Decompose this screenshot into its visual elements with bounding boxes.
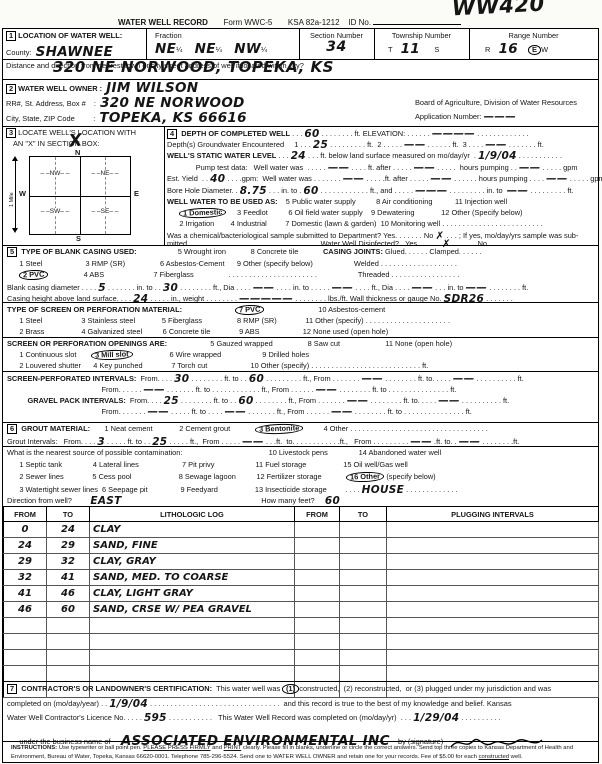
printed-text: 1 Steel 3 Stainless steel 5 Fiberglass 8…	[7, 316, 450, 325]
printed-text: (specify below)	[384, 472, 435, 481]
fraction-label: Fraction	[155, 31, 182, 41]
lith-log: SAND, CRSE W/ PEA GRAVEL	[90, 602, 295, 618]
printed-text: Depth(s) Groundwater Encountered 1 . . .	[167, 140, 313, 149]
form-body: 1 LOCATION OF WATER WELL: County: SHAWNE…	[2, 28, 599, 763]
groundwater-encountered-line: Depth(s) Groundwater Encountered 1 . . .…	[167, 139, 544, 150]
printed-text: clearly. Please fill in blanks, underlin…	[241, 745, 573, 751]
printed-text: WATER WELL RECORD	[118, 18, 208, 27]
printed-text: 5 Wrought iron 8 Concrete tile	[137, 247, 323, 256]
printed-text: Form WWC-5 KSA 82a-1212 ID No.	[208, 18, 373, 27]
printed-text: Application Number:	[415, 112, 484, 121]
direction-from-well-line: Direction from well? EAST How many feet?…	[7, 495, 340, 506]
lith-from	[4, 650, 47, 666]
printed-text: 3 Bentonite	[255, 423, 304, 434]
printed-text: 2 Sewer lines 5 Cess pool 8 Sewage lagoo…	[7, 472, 346, 481]
contamination-row-2: 2 Sewer lines 5 Cess pool 8 Sewage lagoo…	[7, 472, 436, 482]
lith-from: 29	[4, 554, 47, 570]
printed-text: . . . . ft. after . . . . .	[349, 163, 413, 172]
handwritten-entry: TOPEKA, KS 66616	[99, 110, 246, 126]
lith-log: SAND, FINE	[90, 538, 295, 554]
lith-row-empty	[4, 618, 599, 634]
printed-text: Blank casing diameter . . . .	[7, 283, 98, 292]
plug-to	[340, 554, 387, 570]
printed-text: CASING JOINTS:	[323, 247, 383, 256]
plug-from	[295, 554, 340, 570]
col-lithologic-log: LITHOLOGIC LOG	[90, 507, 295, 522]
printed-text: What is the nearest source of possible c…	[7, 448, 441, 457]
printed-text: GROUT MATERIAL:	[17, 424, 90, 433]
printed-text: 2 Brass 4 Galvanized steel 6 Concrete ti…	[7, 327, 388, 336]
handwritten-entry: ———	[415, 185, 447, 197]
divider	[3, 79, 598, 80]
divider	[3, 371, 598, 372]
printed-text: TYPE OF SCREEN OR PERFORATION MATERIAL:	[7, 305, 182, 314]
divider	[3, 126, 598, 127]
printed-text: . . . . . . . . . . . . .	[475, 129, 528, 138]
printed-text: SCREEN-PERFORATED INTERVALS:	[7, 374, 136, 383]
lithologic-log-table: FROM TO LITHOLOGIC LOG FROM TO PLUGGING …	[3, 506, 599, 698]
static-water-level-line: WELL'S STATIC WATER LEVEL . . . 24 . . .…	[167, 150, 562, 161]
lith-to	[47, 666, 90, 682]
water-well-owner-field: 2 WATER WELL OWNER : JIM WILSON	[6, 81, 198, 95]
gravel-pack-intervals-line-2: From. . . . . . . —— . . . . . ft. to . …	[7, 406, 472, 417]
printed-text: . . . . . . . . ft. to . . . . . . . . .…	[353, 407, 472, 416]
lith-to: 60	[47, 602, 90, 618]
owner-address-field: RR#, St. Address, Box # : 320 NE NORWOOD	[6, 96, 245, 110]
plug-from	[295, 538, 340, 554]
printed-text: Est. Yield . .	[167, 174, 210, 183]
handwritten-entry: 320 NE NORWOOD	[100, 95, 245, 111]
lith-log	[90, 634, 295, 650]
plug-interval	[387, 522, 599, 538]
handwritten-entry: 8.75	[240, 185, 267, 197]
printed-text: PLEASE PRESS FIRMLY	[143, 745, 210, 751]
fraction-value: NE¼ NE¼ NW¼	[155, 42, 267, 56]
printed-text: . . . . . . . . ft. to. . . . .	[383, 374, 453, 383]
printed-text: and	[211, 745, 224, 751]
lith-from	[4, 666, 47, 682]
lith-log: CLAY, GRAY	[90, 554, 295, 570]
handwritten-entry: ——	[343, 173, 365, 185]
printed-text: . . . . . . . . ft., Dia . . . .	[178, 283, 253, 292]
printed-text: ¼	[261, 45, 267, 54]
grout-material-line: 6 GROUT MATERIAL: 1 Neat cement 2 Cement…	[7, 424, 488, 434]
col-to-1: TO	[47, 507, 90, 522]
printed-text: From. . . .	[126, 396, 164, 405]
printed-text: . . . . . . . . . ft., From . . . . . . …	[264, 374, 361, 383]
handwritten-entry: 1/9/04	[478, 150, 517, 162]
printed-text: 1 Domestic	[179, 207, 227, 218]
plug-from	[295, 634, 340, 650]
plug-interval	[387, 554, 599, 570]
printed-text: CONTRACTOR'S OR LANDOWNER'S CERTIFICATIO…	[17, 684, 212, 693]
handwritten-entry: —————	[239, 293, 293, 305]
printed-text: WELL'S STATIC WATER LEVEL	[167, 151, 276, 160]
plug-interval	[387, 634, 599, 650]
plug-interval	[387, 602, 599, 618]
printed-text: . . . in. to .	[267, 186, 304, 195]
plug-to	[340, 618, 387, 634]
printed-text: . . . . . . . . . . . . ft., and . . . .…	[319, 186, 416, 195]
handwritten-entry: 11	[401, 41, 420, 57]
printed-text: . . . . . . . .ft.	[480, 437, 519, 446]
printed-text: 3	[6, 128, 16, 138]
divider	[3, 337, 598, 338]
contamination-row-1: 1 Septic tank 4 Lateral lines 7 Pit priv…	[7, 460, 408, 470]
pump-test-data-line: Pump test data: Well water was . . . . .…	[167, 162, 578, 173]
lith-from: 32	[4, 570, 47, 586]
contamination-row-3: 3 Watertight sewer lines 6 Seepage pit 9…	[7, 484, 458, 495]
divider	[3, 741, 598, 742]
use-options-row-2: 2 Irrigation 4 Industrial 7 Domestic (la…	[167, 219, 543, 229]
plug-interval	[387, 666, 599, 682]
lith-to	[47, 634, 90, 650]
contamination-source-line: What is the nearest source of possible c…	[7, 448, 441, 458]
lith-from: 46	[4, 602, 47, 618]
arrow-down-head	[12, 228, 18, 233]
printed-text: .ft. to. .	[432, 437, 459, 446]
certification-line-3: Water Well Contractor's Licence No. . . …	[7, 712, 500, 723]
lith-header-row: FROM TO LITHOLOGIC LOG FROM TO PLUGGING …	[4, 507, 599, 522]
printed-text: . . . in. to	[433, 283, 465, 292]
divider	[146, 29, 147, 59]
printed-text: 1 Neat cement 2 Cement grout	[90, 424, 255, 433]
printed-text: . . . . . . . . ft., From . . . . . . .	[254, 396, 347, 405]
printed-text: County:	[6, 48, 36, 57]
instructions-line-1: INSTRUCTIONS: Use typewriter or ball poi…	[11, 744, 573, 752]
quadrant-nw: – –NW– –	[30, 170, 80, 177]
printed-text: . . . . . . . . ft. to. . . . .	[368, 396, 438, 405]
printed-text: 2 Irrigation 4 Industrial 7 Domestic (la…	[167, 219, 543, 228]
printed-text: . . . . . gpm	[541, 163, 578, 172]
printed-text: . . . . . gpm	[568, 174, 602, 183]
printed-text: . . . . . ft. to . . . .	[169, 407, 224, 416]
printed-text: 2	[6, 84, 16, 94]
lith-log: CLAY	[90, 522, 295, 538]
printed-text: 3 Mill slot	[91, 349, 133, 360]
lith-log: SAND, MED. TO COARSE	[90, 570, 295, 586]
instructions-line-2: Environment, Bureau of Water, Topeka, Ka…	[11, 753, 522, 761]
col-plugging-intervals: PLUGGING INTERVALS	[387, 507, 599, 522]
handwritten-entry: SDR26	[444, 293, 484, 305]
printed-text: Grout Intervals: From. . . .	[7, 437, 97, 446]
printed-text: GRAVEL PACK INTERVALS:	[7, 396, 126, 405]
printed-text: WATER WELL OWNER :	[16, 84, 106, 93]
printed-text: ¼	[176, 45, 194, 54]
handwritten-entry: 595	[144, 712, 167, 724]
printed-text: Water Well Contractor's Licence No. . . …	[7, 713, 144, 722]
printed-text: . . . . . . . . ft. to . . . . . . . . .…	[337, 385, 456, 394]
printed-text: . . . . . . . . . in. to	[448, 186, 507, 195]
use-options-row-1: 1 Domestic 3 Feedlot 6 Oil field water s…	[167, 208, 523, 218]
lith-from	[4, 618, 47, 634]
printed-text: W	[541, 45, 548, 54]
quadrant-se: – –SE– –	[80, 208, 130, 215]
lith-to	[47, 650, 90, 666]
screen-perforated-intervals-line-2: From. . . . . . —— . . . . . . . ft. to …	[7, 384, 456, 395]
printed-text: . . . . . . . ft. to . . . . . . . . . .…	[165, 385, 316, 394]
printed-text: E	[528, 45, 541, 55]
printed-text	[167, 208, 179, 217]
printed-text: SCREEN OR PERFORATION OPENINGS ARE:	[7, 339, 167, 348]
lith-row: 4660SAND, CRSE W/ PEA GRAVEL	[4, 602, 599, 618]
printed-text: T	[388, 45, 401, 54]
printed-text: 1	[6, 31, 16, 41]
distance-address-value: 320 NE NORWOOD, TOPEKA, KS	[53, 63, 334, 73]
plug-from	[295, 666, 340, 682]
printed-text: INSTRUCTIONS:	[11, 745, 57, 751]
blank-casing-used-line: 5 TYPE OF BLANK CASING USED: 5 Wrought i…	[7, 247, 482, 257]
lith-to: 29	[47, 538, 90, 554]
lith-row: 3241SAND, MED. TO COARSE	[4, 570, 599, 586]
printed-text: completed on (mo/day/year) . .	[7, 699, 109, 708]
printed-text: 7 PVC	[235, 304, 265, 315]
handwritten-entry: 24	[291, 150, 306, 162]
gravel-pack-intervals-line-1: GRAVEL PACK INTERVALS: From. . . . 25 . …	[7, 395, 509, 406]
printed-text: constructed, (2) reconstructed, or (3) p…	[299, 684, 551, 693]
printed-text: 3 Watertight sewer lines 6 Seepage pit 9…	[7, 485, 362, 494]
printed-text: PRINT	[224, 745, 242, 751]
lith-row-empty	[4, 666, 599, 682]
lith-to: 41	[47, 570, 90, 586]
divider	[3, 302, 598, 303]
printed-text: 7	[7, 684, 17, 694]
plug-from	[295, 618, 340, 634]
nw-label: – –NW– –	[40, 170, 71, 177]
handwritten-entry: 1/9/04	[109, 698, 148, 710]
printed-text: 1 Septic tank 4 Lateral lines 7 Pit priv…	[7, 460, 408, 469]
compass-east-label: E	[134, 189, 139, 199]
printed-text: . . . . . . . . . . .	[517, 151, 562, 160]
well-location-x-mark: X	[69, 136, 84, 147]
se-label: – –SE– –	[91, 208, 120, 215]
handwritten-entry: ——	[546, 173, 568, 185]
printed-text: . . .	[290, 129, 304, 138]
printed-text: R	[485, 45, 499, 54]
printed-text: 6 Wire wrapped 9 Drilled holes	[133, 350, 310, 359]
plug-to	[340, 602, 387, 618]
handwritten-id-ww420: WW420	[452, 0, 545, 14]
printed-text: 6	[7, 424, 17, 434]
application-number-field: Application Number: ———	[415, 111, 516, 122]
lith-from: 0	[4, 522, 47, 538]
lith-to: 32	[47, 554, 90, 570]
lith-row: 024CLAY	[4, 522, 599, 538]
sw-label: – –SW– –	[40, 208, 71, 215]
printed-text: . . . . . . . . . . ft.	[475, 374, 524, 383]
plug-from	[295, 522, 340, 538]
handwritten-entry: 40	[210, 173, 225, 185]
printed-text: 2 Louvered shutter 4 Key punched 7 Torch…	[7, 361, 428, 370]
lith-to: 46	[47, 586, 90, 602]
screen-perforated-intervals-line-1: SCREEN-PERFORATED INTERVALS: From. . . .…	[7, 373, 524, 384]
handwritten-entry: NW	[234, 41, 261, 57]
printed-text: . . . ft. below land surface measured on…	[306, 151, 478, 160]
handwritten-entry: 1/29/04	[413, 712, 459, 724]
printed-text: . . . . . . . . . . . . . . . . . . . . …	[148, 699, 512, 708]
printed-text: 16 Other	[346, 471, 384, 482]
plug-interval	[387, 618, 599, 634]
printed-text: Use typewriter or ball point pen.	[57, 745, 143, 751]
printed-text: 4 ABS 7 Fiberglass . . . . . . . . . . .…	[49, 270, 460, 279]
handwritten-entry: 60	[303, 185, 318, 197]
bore-hole-diameter-line: Bore Hole Diameter. . 8.75 . . . in. to …	[167, 185, 574, 196]
printed-text: 4 Other . . . . . . . . . . . . . . . . …	[303, 424, 488, 433]
one-mile-label: 1 Mile	[9, 177, 15, 207]
printed-text: Environment, Bureau of Water, Topeka, Ka…	[11, 754, 479, 760]
printed-text: . . . . . . . . . . . . .	[404, 485, 457, 494]
depth-completed-well-line: 4 DEPTH OF COMPLETED WELL . . . 60 . . .…	[167, 128, 529, 139]
lith-log: CLAY, LIGHT GRAY	[90, 586, 295, 602]
printed-text: 5 Gauzed wrapped 8 Saw cut 11 None (open…	[167, 339, 452, 348]
range-number-label: Range Number	[469, 31, 598, 41]
board-of-agriculture-text: Board of Agriculture, Division of Water …	[415, 98, 577, 108]
ne-label: – –NE– –	[90, 170, 119, 177]
handwritten-entry: 24	[133, 293, 148, 305]
printed-text: constructed	[479, 754, 509, 760]
printed-text: LOCATION OF WATER WELL:	[16, 31, 122, 40]
locate-well-label-2: AN "X" IN SECTION BOX:	[13, 139, 100, 149]
printed-text: . . . . ft., Dia . . . .	[353, 283, 411, 292]
printed-text: well.	[509, 754, 522, 760]
screen-material-line: TYPE OF SCREEN OR PERFORATION MATERIAL: …	[7, 305, 385, 315]
printed-text: Bore Hole Diameter. .	[167, 186, 240, 195]
section-number-value: 34	[299, 39, 374, 55]
printed-text: . . . . . . . . . . ft.	[460, 396, 509, 405]
printed-text: 1 Steel 3 RMP (SR) 6 Asbestos-Cement 9 O…	[7, 259, 457, 268]
divider	[3, 245, 598, 246]
printed-text: Pump test data: Well water was . . . . .	[167, 163, 328, 172]
owner-city-field: City, State, ZIP Code : TOPEKA, KS 66616	[6, 111, 247, 125]
printed-text: 5 Public water supply 8 Air conditioning…	[278, 197, 508, 206]
printed-text: . . . . . . . . ft. ELEVATION: . . . . .…	[320, 129, 432, 138]
divider	[3, 446, 598, 447]
form-title-line: WATER WELL RECORD Form WWC-5 KSA 82a-121…	[118, 15, 461, 28]
printed-text: . . . . . . . ft.	[507, 140, 544, 149]
arrow-stem	[15, 160, 16, 229]
section-mid-horizontal	[30, 196, 130, 197]
printed-text: . . . . . ft. to . .	[105, 437, 152, 446]
plug-to	[340, 570, 387, 586]
printed-text: . . . .gpm: Well water was . . . . . . .	[225, 174, 342, 183]
handwritten-entry: ——	[430, 173, 452, 185]
printed-text: 2 PVC	[19, 269, 49, 280]
col-to-2: TO	[340, 507, 387, 522]
blank-casing-diameter-line: Blank casing diameter . . . . 5 . . . . …	[7, 282, 528, 293]
printed-text: RR#, St. Address, Box # :	[6, 99, 100, 108]
openings-row-1: 1 Continuous slot 3 Mill slot 6 Wire wra…	[7, 350, 309, 360]
quadrant-ne: – –NE– –	[80, 170, 130, 177]
lith-to	[47, 618, 90, 634]
printed-text: ¼	[216, 45, 234, 54]
plug-interval	[387, 650, 599, 666]
printed-text: . . . . . . hours pumping . . . .	[452, 174, 546, 183]
casing-options-row-2: 2 PVC 4 ABS 7 Fiberglass . . . . . . . .…	[7, 270, 459, 280]
lith-from: 24	[4, 538, 47, 554]
lith-from: 41	[4, 586, 47, 602]
printed-text: How many feet?	[122, 496, 325, 505]
printed-text: . . . . . . . . . . . This Water Well Re…	[167, 713, 413, 722]
printed-text: . . .	[276, 151, 290, 160]
compass-west-label: W	[19, 189, 26, 199]
printed-text: TYPE OF BLANK CASING USED:	[17, 247, 137, 256]
printed-text: Direction from well?	[7, 496, 90, 505]
printed-text: . . . . . . ft. 3 . . . .	[426, 140, 486, 149]
printed-text: 3 Feedlot 6 Oil field water supply 9 Dew…	[227, 208, 523, 217]
section-box-diagram: – –NW– – – –NE– – – –SW– – – –SE– –	[29, 156, 131, 235]
handwritten-entry: ——	[147, 406, 169, 418]
printed-text: . . . . . ft., From . . . . .	[167, 437, 242, 446]
openings-row-2: 2 Louvered shutter 4 Key punched 7 Torch…	[7, 361, 428, 371]
lith-row: 4146CLAY, LIGHT GRAY	[4, 586, 599, 602]
handwritten-entry: ——	[225, 406, 247, 418]
printed-text	[182, 305, 235, 314]
printed-text: City, State, ZIP Code :	[6, 114, 99, 123]
county-field: County: SHAWNEE	[6, 45, 113, 59]
printed-text: . . .ft. to. . . . . . . . . . . .ft., F…	[264, 437, 411, 446]
printed-text: Glued. . . . . . Clamped. . . . . .	[383, 247, 482, 256]
printed-text: 5	[7, 247, 17, 257]
est-yield-line: Est. Yield . . 40 . . . .gpm: Well water…	[167, 173, 602, 184]
plug-from	[295, 586, 340, 602]
quadrant-sw: – –SW– –	[30, 208, 80, 215]
township-number-label: Township Number	[374, 31, 469, 41]
plug-to	[340, 650, 387, 666]
printed-text	[7, 270, 19, 279]
lith-log	[90, 650, 295, 666]
printed-text: From. . . . . . .	[7, 407, 147, 416]
screen-material-row-2: 2 Brass 4 Galvanized steel 6 Concrete ti…	[7, 327, 388, 337]
printed-text: This water well was	[212, 684, 282, 693]
handwritten-entry: JIM WILSON	[106, 80, 198, 96]
township-number-value: T 11 S	[388, 42, 439, 56]
printed-text: 10 Asbestos-cement	[265, 305, 385, 314]
compass-south-label: S	[76, 234, 81, 244]
screen-material-row-1: 1 Steel 3 Stainless steel 5 Fiberglass 8…	[7, 316, 450, 326]
lith-row: 2429SAND, FINE	[4, 538, 599, 554]
divider	[3, 422, 598, 423]
lith-row-empty	[4, 650, 599, 666]
location-of-water-well-label: 1 LOCATION OF WATER WELL:	[6, 31, 122, 41]
casing-options-row-1: 1 Steel 3 RMP (SR) 6 Asbestos-Cement 9 O…	[7, 259, 457, 269]
printed-text: (1)	[282, 684, 299, 694]
handwritten-entry: NE	[195, 41, 216, 57]
arrow-up-head	[12, 156, 18, 161]
well-water-used-as-line: WELL WATER TO BE USED AS: 5 Public water…	[167, 197, 507, 207]
plug-interval	[387, 538, 599, 554]
plug-to	[340, 666, 387, 682]
handwritten-entry: 16	[499, 41, 518, 57]
printed-text: 4	[167, 129, 177, 139]
printed-text: . . . . . . . . ft. to . .	[189, 374, 249, 383]
plug-from	[295, 650, 340, 666]
col-from-1: FROM	[4, 507, 47, 522]
plug-to	[340, 634, 387, 650]
water-well-record-form: WW420 WATER WELL RECORD Form WWC-5 KSA 8…	[0, 0, 602, 764]
grout-intervals-line: Grout Intervals: From. . . . 3 . . . . .…	[7, 436, 519, 447]
range-number-value: R 16 EW	[485, 42, 548, 56]
printed-text: DEPTH OF COMPLETED WELL	[177, 129, 290, 138]
plug-from	[295, 570, 340, 586]
printed-text: . . . . .ft. after . . . . .	[364, 174, 430, 183]
lith-row: 2932CLAY, GRAY	[4, 554, 599, 570]
handwritten-entry: ——	[331, 406, 353, 418]
printed-text: . . . . . . . . . ft.	[528, 186, 573, 195]
lith-to: 24	[47, 522, 90, 538]
plug-to	[340, 586, 387, 602]
printed-text: . . . . . . . . ft.	[487, 283, 528, 292]
plug-interval	[387, 586, 599, 602]
